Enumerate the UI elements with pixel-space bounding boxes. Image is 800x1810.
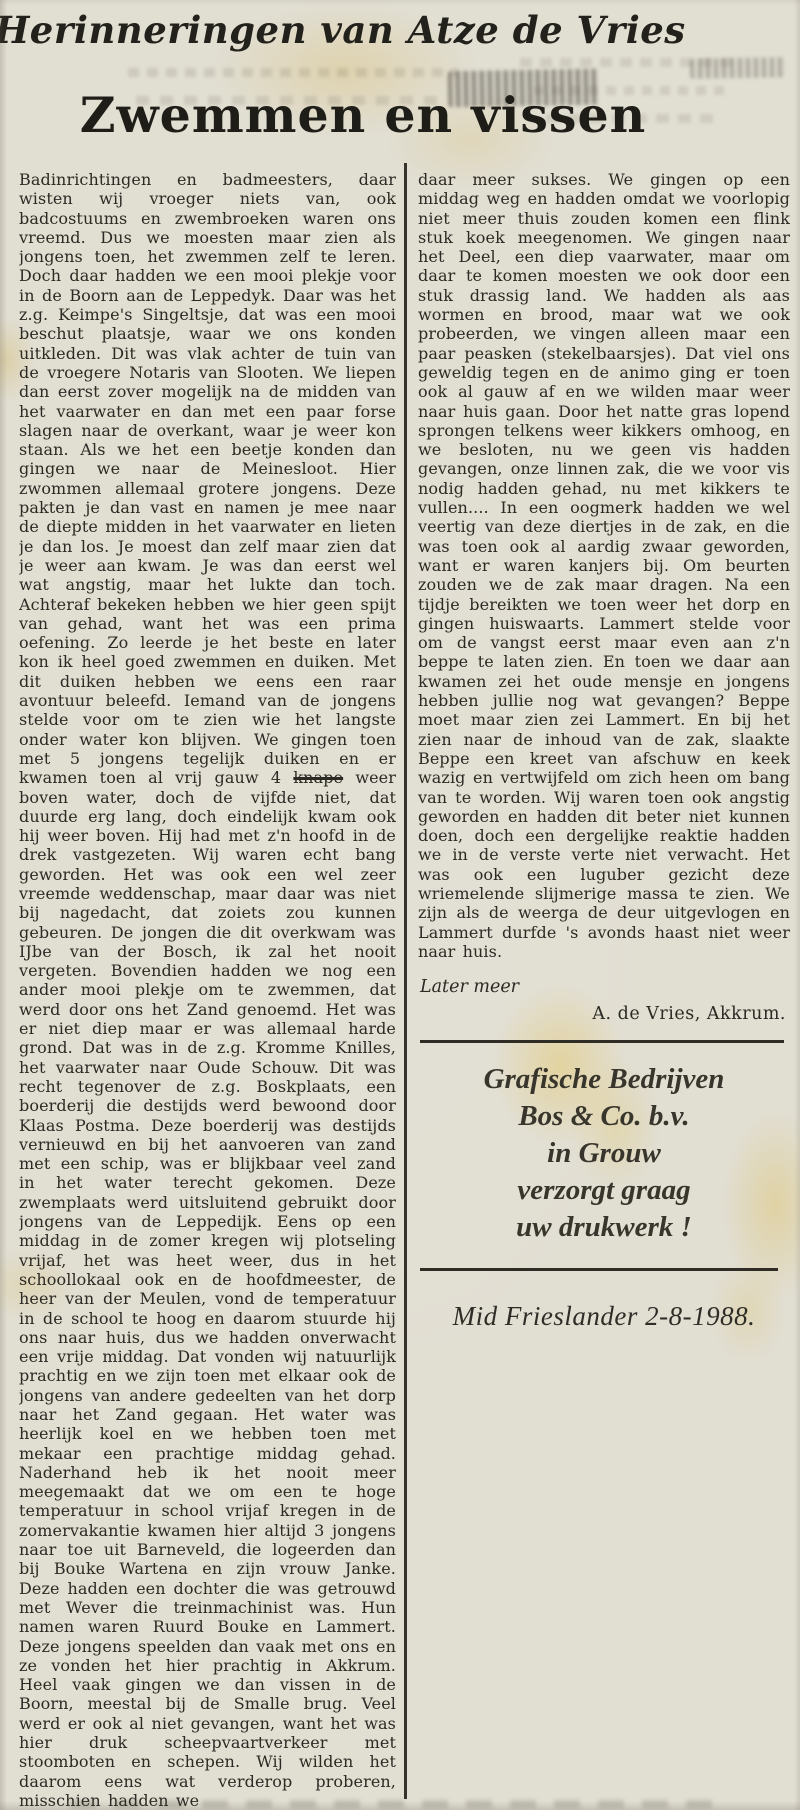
ad-line-place: in Grouw xyxy=(418,1135,790,1172)
printer-advertisement: Grafische Bedrijven Bos & Co. b.v. in Gr… xyxy=(418,1061,790,1246)
column-divider xyxy=(404,163,407,1799)
separator-rule-bottom xyxy=(420,1268,778,1271)
left-column-text: Badinrichtingen en badmeesters, daar wis… xyxy=(19,148,396,1806)
ad-line-slogan1: verzorgt graag xyxy=(418,1172,790,1209)
later-meer-note: Later meer xyxy=(420,977,790,997)
strikethrough-word: knape xyxy=(293,768,343,787)
right-column-text: daar meer sukses. We gingen op een midda… xyxy=(418,148,790,961)
left-text-part1: Badinrichtingen en badmeesters, daar wis… xyxy=(19,170,396,787)
right-column: daar meer sukses. We gingen op een midda… xyxy=(418,148,790,1806)
ad-line-name: Bos & Co. b.v. xyxy=(418,1098,790,1135)
newspaper-clipping: Herinneringen van Atze de Vries Zwemmen … xyxy=(0,0,800,1810)
left-column: Badinrichtingen en badmeesters, daar wis… xyxy=(19,148,396,1806)
ink-smudge-small xyxy=(690,57,785,79)
publication-date-line: Mid Frieslander 2-8-1988. xyxy=(418,1301,790,1332)
article-title: Zwemmen en vissen xyxy=(0,86,763,144)
article-kicker: Herinneringen van Atze de Vries xyxy=(0,8,740,52)
left-text-part2: weer boven water, doch de vijfde niet, d… xyxy=(19,768,396,1806)
article-columns: Badinrichtingen en badmeesters, daar wis… xyxy=(0,148,800,1806)
ad-line-slogan2: uw drukwerk ! xyxy=(418,1209,790,1246)
author-signature: A. de Vries, Akkrum. xyxy=(418,1004,786,1024)
separator-rule-top xyxy=(420,1040,784,1043)
ad-line-company: Grafische Bedrijven xyxy=(418,1061,790,1098)
